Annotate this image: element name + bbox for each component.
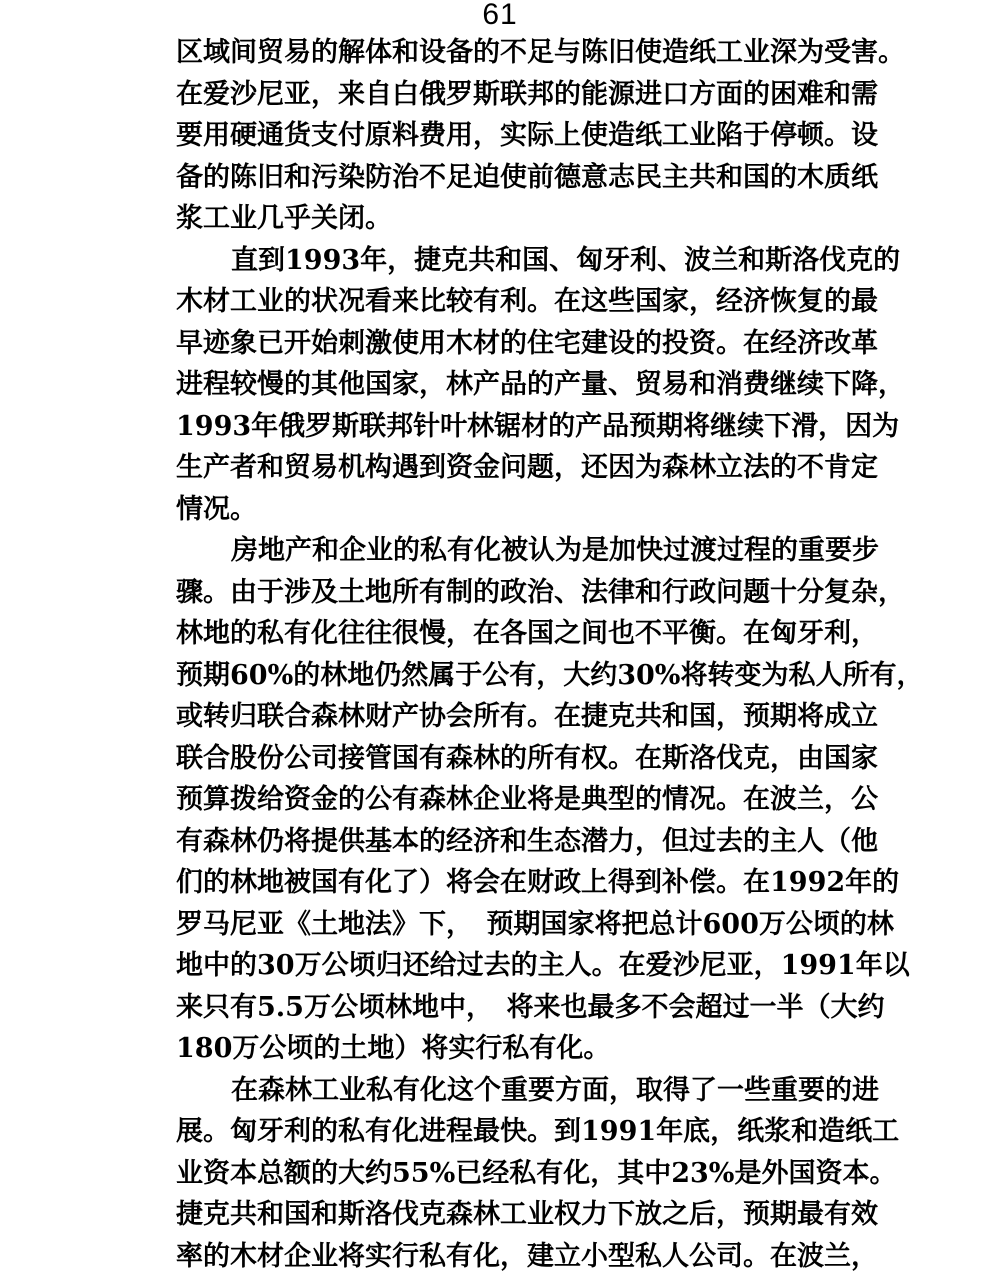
text-line: 情况。 — [176, 489, 876, 531]
text-line: 直到1993年，捷克共和国、匈牙利、波兰和斯洛伐克的 — [176, 240, 876, 282]
text-line: 区域间贸易的解体和设备的不足与陈旧使造纸工业深为受害。 — [176, 32, 876, 74]
text-line: 来只有5.5万公顷林地中， 将来也最多不会超过一半（大约 — [176, 987, 876, 1029]
text-line: 要用硬通货支付原料费用，实际上使造纸工业陷于停顿。设 — [176, 115, 876, 157]
text-line: 或转归联合森林财产协会所有。在捷克共和国，预期将成立 — [176, 696, 876, 738]
text-line: 捷克共和国和斯洛伐克森林工业权力下放之后，预期最有效 — [176, 1194, 876, 1236]
text-line: 罗马尼亚《土地法》下， 预期国家将把总计600万公顷的林 — [176, 904, 876, 946]
body-text: 区域间贸易的解体和设备的不足与陈旧使造纸工业深为受害。 在爱沙尼亚，来自白俄罗斯… — [176, 32, 876, 1277]
page-number: 61 — [0, 0, 1000, 32]
text-line: 预算拨给资金的公有森林企业将是典型的情况。在波兰，公 — [176, 779, 876, 821]
text-line: 业资本总额的大约55%已经私有化，其中23%是外国资本。 — [176, 1153, 876, 1195]
text-line: 预期60%的林地仍然属于公有，大约30%将转变为私人所有， — [176, 655, 876, 697]
scanned-document-page: 61 区域间贸易的解体和设备的不足与陈旧使造纸工业深为受害。 在爱沙尼亚，来自白… — [0, 0, 1000, 1282]
text-line: 1993年俄罗斯联邦针叶林锯材的产品预期将继续下滑，因为 — [176, 406, 876, 448]
text-line: 早迹象已开始刺激使用木材的住宅建设的投资。在经济改革 — [176, 323, 876, 365]
text-line: 联合股份公司接管国有森林的所有权。在斯洛伐克，由国家 — [176, 738, 876, 780]
text-line: 展。匈牙利的私有化进程最快。到1991年底，纸浆和造纸工 — [176, 1111, 876, 1153]
text-line: 在森林工业私有化这个重要方面，取得了一些重要的进 — [176, 1070, 876, 1112]
text-line: 们的林地被国有化了）将会在财政上得到补偿。在1992年的 — [176, 862, 876, 904]
text-line: 木材工业的状况看来比较有利。在这些国家，经济恢复的最 — [176, 281, 876, 323]
text-line: 在爱沙尼亚，来自白俄罗斯联邦的能源进口方面的困难和需 — [176, 74, 876, 116]
text-line: 林地的私有化往往很慢，在各国之间也不平衡。在匈牙利， — [176, 613, 876, 655]
text-line: 备的陈旧和污染防治不足迫使前德意志民主共和国的木质纸 — [176, 157, 876, 199]
text-line: 进程较慢的其他国家，林产品的产量、贸易和消费继续下降， — [176, 364, 876, 406]
text-line: 房地产和企业的私有化被认为是加快过渡过程的重要步 — [176, 530, 876, 572]
text-line: 浆工业几乎关闭。 — [176, 198, 876, 240]
text-line: 有森林仍将提供基本的经济和生态潜力，但过去的主人（他 — [176, 821, 876, 863]
text-line: 地中的30万公顷归还给过去的主人。在爱沙尼亚，1991年以 — [176, 945, 876, 987]
text-line: 骤。由于涉及土地所有制的政治、法律和行政问题十分复杂， — [176, 572, 876, 614]
text-line: 率的木材企业将实行私有化，建立小型私人公司。在波兰， — [176, 1236, 876, 1278]
text-line: 生产者和贸易机构遇到资金问题，还因为森林立法的不肯定 — [176, 447, 876, 489]
text-line: 180万公顷的土地）将实行私有化。 — [176, 1028, 876, 1070]
